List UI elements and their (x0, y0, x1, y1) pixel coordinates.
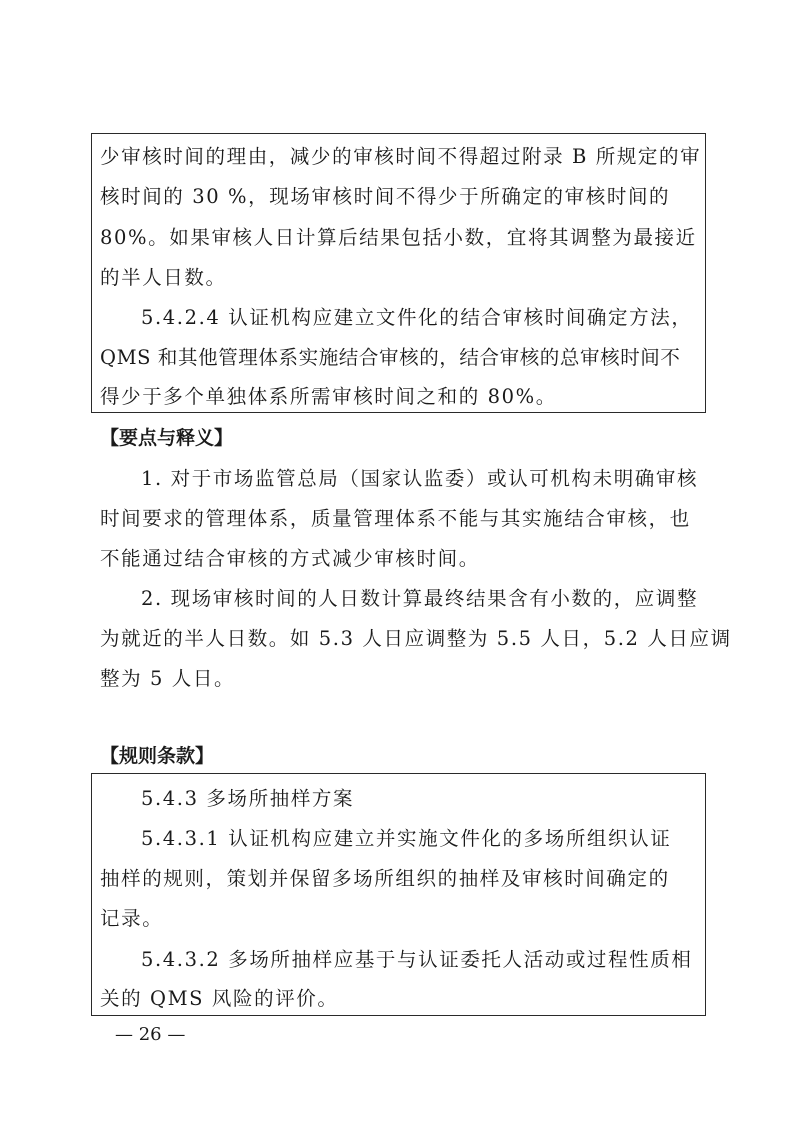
clause-5-4-3-2-line-2: 关的 QMS 风险的评价。 (100, 987, 339, 1011)
box1-line-1: 少审核时间的理由，减少的审核时间不得超过附录 B 所规定的审 (100, 145, 701, 169)
point-1-line-3: 不能通过结合审核的方式减少审核时间。 (100, 547, 480, 571)
box1-line-7: 得少于多个单独体系所需审核时间之和的 80%。 (100, 385, 557, 409)
clause-5-4-3-2-line-1: 5.4.3.2 多场所抽样应基于与认证委托人活动或过程性质相 (141, 948, 692, 972)
box1-line-3: 80%。如果审核人日计算后结果包括小数，宜将其调整为最接近 (100, 226, 697, 250)
clause-5-4-3-1-line-2: 抽样的规则，策划并保留多场所组织的抽样及审核时间确定的 (100, 867, 670, 891)
point-1-line-1: 1. 对于市场监管总局（国家认监委）或认可机构未明确审核 (141, 467, 698, 491)
section-heading-rule-clauses: 【规则条款】 (100, 744, 214, 768)
clause-5-4-3-title: 5.4.3 多场所抽样方案 (141, 787, 354, 811)
clause-5-4-2-4: 5.4.2.4 认证机构应建立文件化的结合审核时间确定方法， (141, 306, 692, 330)
page-number: — 26 — (115, 1024, 185, 1045)
box1-line-2: 核时间的 30 %，现场审核时间不得少于所确定的审核时间的 (100, 185, 670, 209)
box1-line-4: 的半人日数。 (100, 266, 227, 290)
box1-line-6: QMS 和其他管理体系实施结合审核的，结合审核的总审核时间不 (100, 346, 681, 370)
point-2-line-1: 2. 现场审核时间的人日数计算最终结果含有小数的，应调整 (141, 587, 698, 611)
section-heading-key-points: 【要点与释义】 (100, 426, 233, 450)
point-1-line-2: 时间要求的管理体系，质量管理体系不能与其实施结合审核，也 (100, 507, 691, 531)
clause-5-4-3-1-line-1: 5.4.3.1 认证机构应建立并实施文件化的多场所组织认证 (141, 827, 671, 851)
clause-5-4-3-1-line-3: 记录。 (100, 907, 163, 931)
point-2-line-2: 为就近的半人日数。如 5.3 人日应调整为 5.5 人日，5.2 人日应调 (100, 627, 732, 651)
point-2-line-3: 整为 5 人日。 (100, 667, 235, 691)
